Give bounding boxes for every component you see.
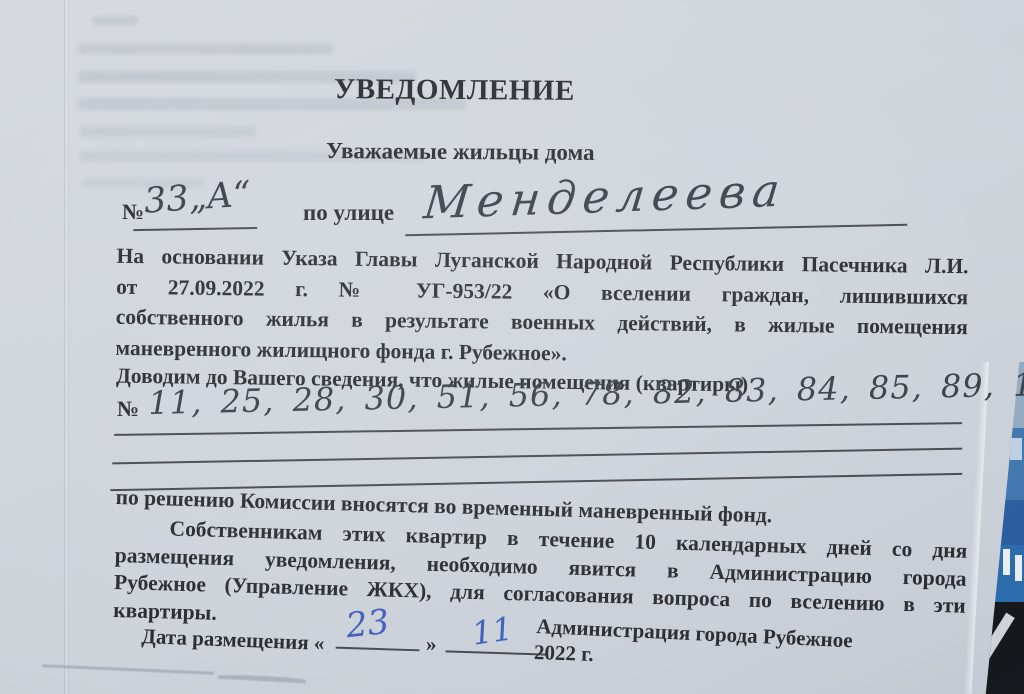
poster-black-block xyxy=(985,602,1024,694)
paragraph-basis: На основании Указа Главы Луганской Народ… xyxy=(115,241,968,373)
photographed-notice: УВЕДОМЛЕНИЕ Уважаемые жильцы дома № 33„А… xyxy=(0,0,1024,694)
bleed-through-line xyxy=(78,43,333,54)
bleed-through-line xyxy=(92,16,138,25)
salutation: Уважаемые жильцы дома xyxy=(326,138,595,166)
bleed-through-line xyxy=(80,126,256,137)
paper-crease xyxy=(64,0,69,694)
date-day-underline xyxy=(336,619,421,652)
poster-letter-block xyxy=(985,545,1024,602)
poster-block xyxy=(985,500,1024,545)
notice-title: УВЕДОМЛЕНИЕ xyxy=(334,73,575,108)
bleed-through-mark xyxy=(218,674,306,684)
street-label: по улице xyxy=(303,200,394,226)
paper-edge-highlight xyxy=(964,362,989,694)
background-poster xyxy=(985,362,1024,694)
poster-diagonal-stripe xyxy=(969,613,1015,678)
poster-letter-bar xyxy=(1003,549,1010,575)
poster-block xyxy=(985,428,1024,500)
date-month-handwritten: 11 xyxy=(470,609,516,652)
poster-patch xyxy=(1010,438,1022,460)
date-year: 2022 г. xyxy=(534,640,595,667)
date-close-quote: » xyxy=(426,632,437,657)
house-number-underline xyxy=(133,199,258,231)
poster-letter-bar xyxy=(1015,555,1022,581)
